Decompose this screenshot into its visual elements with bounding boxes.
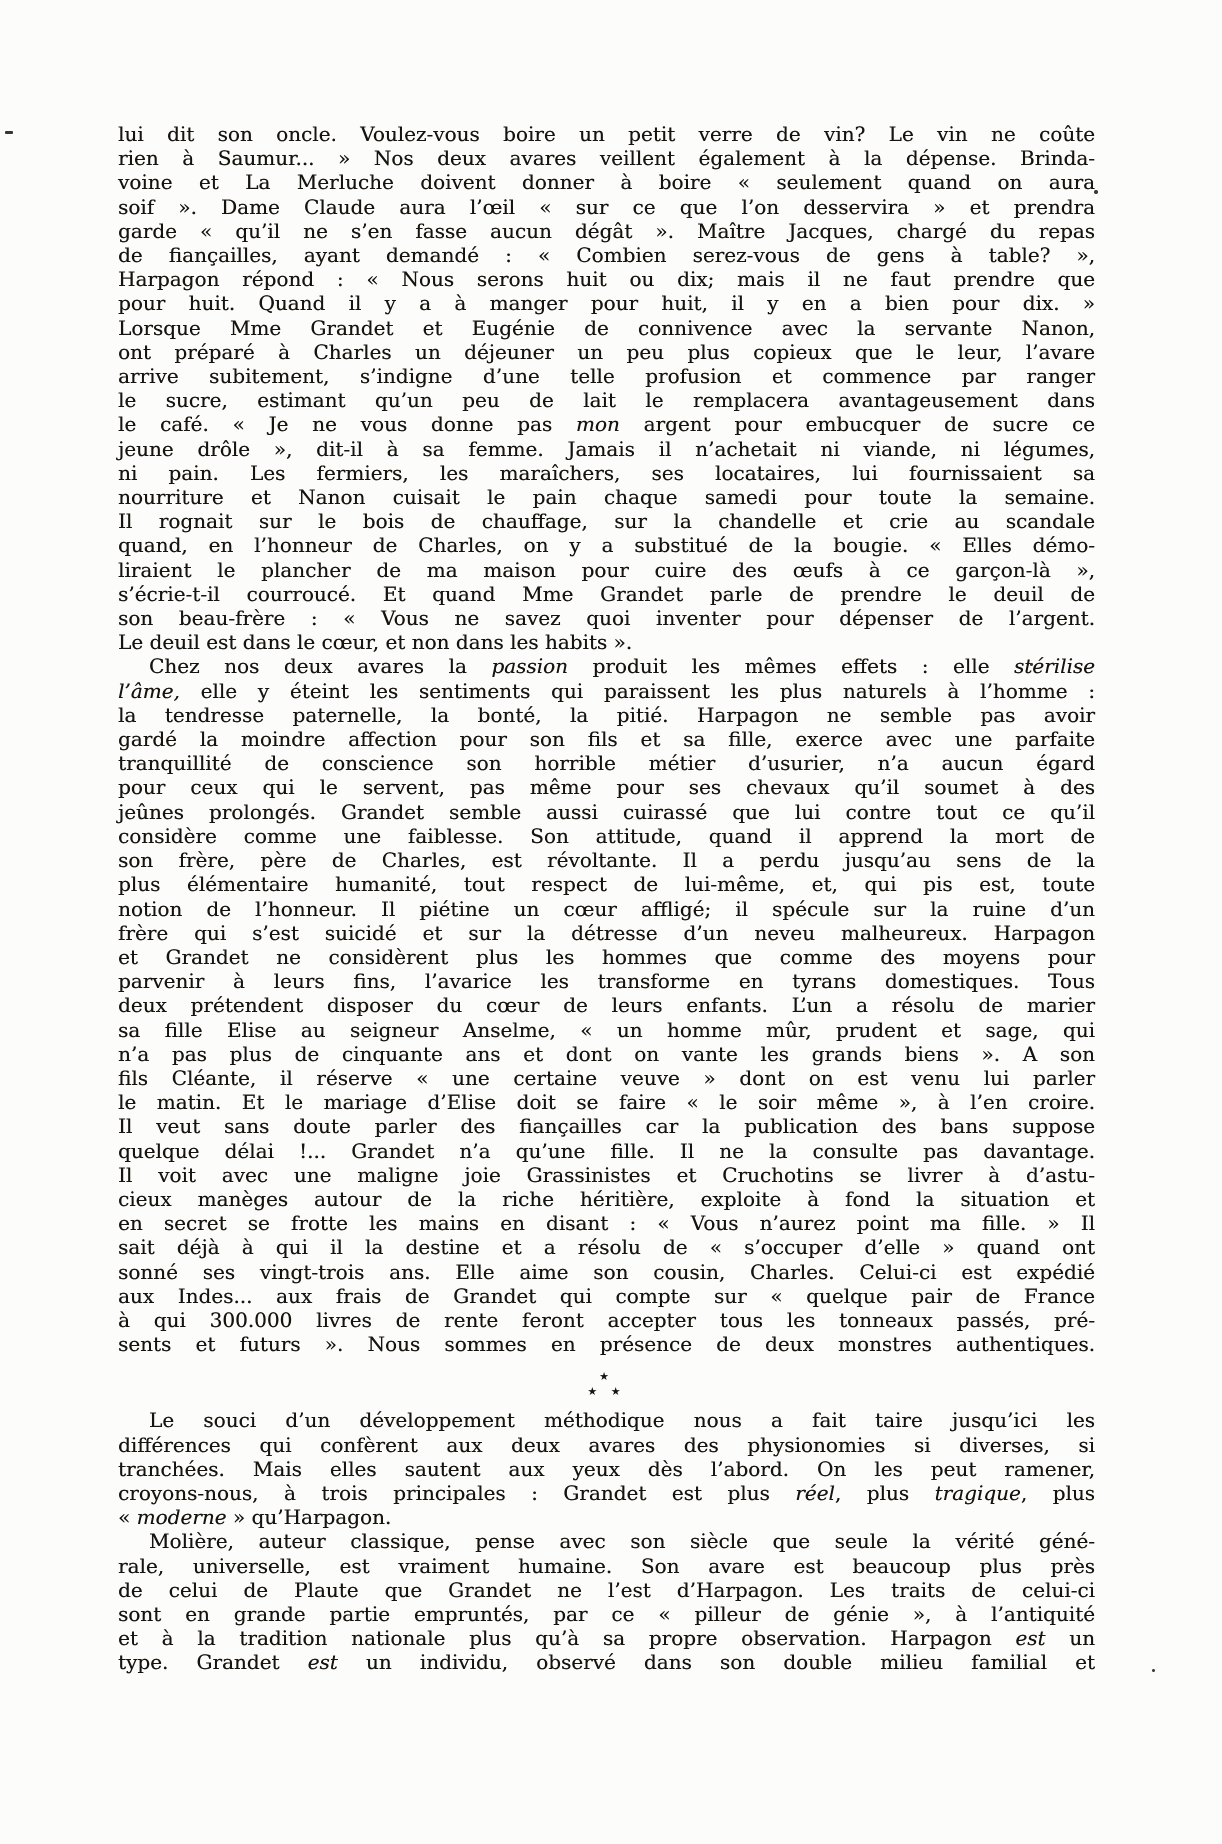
- asterism-row: ★: [118, 1369, 1095, 1384]
- text-line: Molière, auteur classique, pense avec so…: [118, 1529, 1095, 1553]
- text-line: jeune drôle », dit-il à sa femme. Jamais…: [118, 437, 1095, 461]
- text-line: quelque délai !... Grandet n’a qu’une fi…: [118, 1139, 1095, 1163]
- text-line: Lorsque Mme Grandet et Eugénie de conniv…: [118, 316, 1095, 340]
- text-line: l’âme, elle y éteint les sentiments qui …: [118, 679, 1095, 703]
- scanned-book-page: { "colors": { "paper": "#fcfcfa", "ink":…: [0, 0, 1222, 1844]
- text-line: Il veut sans doute parler des fiançaille…: [118, 1114, 1095, 1138]
- text-line: de celui de Plaute que Grandet ne l’est …: [118, 1578, 1095, 1602]
- asterism-row: ★ ★: [118, 1384, 1095, 1399]
- text-line: Il rognait sur le bois de chauffage, sur…: [118, 509, 1095, 533]
- text-line: son frère, père de Charles, est révoltan…: [118, 848, 1095, 872]
- text-line: sont en grande partie empruntés, par ce …: [118, 1602, 1095, 1626]
- text-line: fils Cléante, il réserve « une certaine …: [118, 1066, 1095, 1090]
- text-line: parvenir à leurs fins, l’avarice les tra…: [118, 969, 1095, 993]
- text-line: notion de l’honneur. Il piétine un cœur …: [118, 897, 1095, 921]
- text-line: arrive subitement, s’indigne d’une telle…: [118, 364, 1095, 388]
- text-line: ni pain. Les fermiers, les maraîchers, s…: [118, 461, 1095, 485]
- text-line: à qui 300.000 livres de rente feront acc…: [118, 1308, 1095, 1332]
- text-line: pour huit. Quand il y a à manger pour hu…: [118, 291, 1095, 315]
- text-line: cieux manèges autour de la riche héritiè…: [118, 1187, 1095, 1211]
- text-line: Chez nos deux avares la passion produit …: [118, 654, 1095, 678]
- text-line: considère comme une faiblesse. Son attit…: [118, 824, 1095, 848]
- text-line: Il voit avec une maligne joie Grassinist…: [118, 1163, 1095, 1187]
- text-line: Harpagon répond : « Nous serons huit ou …: [118, 267, 1095, 291]
- text-line: quand, en l’honneur de Charles, on y a s…: [118, 533, 1095, 557]
- text-line: tranchées. Mais elles sautent aux yeux d…: [118, 1457, 1095, 1481]
- text-line: liraient le plancher de ma maison pour c…: [118, 558, 1095, 582]
- text-line: le sucre, estimant qu’un peu de lait le …: [118, 388, 1095, 412]
- text-line: Le deuil est dans le cœur, et non dans l…: [118, 630, 1095, 654]
- text-line: gardé la moindre affection pour son fils…: [118, 727, 1095, 751]
- text-line: différences qui confèrent aux deux avare…: [118, 1433, 1095, 1457]
- text-line: n’a pas plus de cinquante ans et dont on…: [118, 1042, 1095, 1066]
- text-line: sents et futurs ». Nous sommes en présen…: [118, 1332, 1095, 1356]
- scan-speck: [1030, 663, 1033, 666]
- text-line: rale, universelle, est vraiment humaine.…: [118, 1554, 1095, 1578]
- text-line: plus élémentaire humanité, tout respect …: [118, 872, 1095, 896]
- text-line: sonné ses vingt-trois ans. Elle aime son…: [118, 1260, 1095, 1284]
- text-line: type. Grandet est un individu, observé d…: [118, 1650, 1095, 1674]
- text-line: de fiançailles, ayant demandé : « Combie…: [118, 243, 1095, 267]
- text-line: le matin. Et le mariage d’Elise doit se …: [118, 1090, 1095, 1114]
- text-line: aux Indes... aux frais de Grandet qui co…: [118, 1284, 1095, 1308]
- text-line: Le souci d’un développement méthodique n…: [118, 1408, 1095, 1432]
- text-line: pour ceux qui le servent, pas même pour …: [118, 775, 1095, 799]
- text-line: s’écrie-t-il courroucé. Et quand Mme Gra…: [118, 582, 1095, 606]
- paragraph: Le souci d’un développement méthodique n…: [118, 1408, 1095, 1529]
- text-line: deux prétendent disposer du cœur de leur…: [118, 993, 1095, 1017]
- paragraph: Molière, auteur classique, pense avec so…: [118, 1529, 1095, 1674]
- text-line: rien à Saumur... » Nos deux avares veill…: [118, 146, 1095, 170]
- text-line: sait déjà à qui il la destine et a résol…: [118, 1235, 1095, 1259]
- text-line: jeûnes prolongés. Grandet semble aussi c…: [118, 800, 1095, 824]
- scan-speck: [5, 131, 13, 134]
- scan-speck: [1094, 190, 1098, 194]
- text-line: soif ». Dame Claude aura l’œil « sur ce …: [118, 195, 1095, 219]
- asterism-separator: ★★ ★: [118, 1356, 1095, 1408]
- text-line: nourriture et Nanon cuisait le pain chaq…: [118, 485, 1095, 509]
- text-line: le café. « Je ne vous donne pas mon arge…: [118, 412, 1095, 436]
- text-line: et à la tradition nationale plus qu’à sa…: [118, 1626, 1095, 1650]
- paragraph: lui dit son oncle. Voulez-vous boire un …: [118, 122, 1095, 654]
- text-line: garde « qu’il ne s’en fasse aucun dégât …: [118, 219, 1095, 243]
- text-line: frère qui s’est suicidé et sur la détres…: [118, 921, 1095, 945]
- text-line: voine et La Merluche doivent donner à bo…: [118, 170, 1095, 194]
- text-line: ont préparé à Charles un déjeuner un peu…: [118, 340, 1095, 364]
- text-line: la tendresse paternelle, la bonté, la pi…: [118, 703, 1095, 727]
- text-line: tranquillité de conscience son horrible …: [118, 751, 1095, 775]
- text-line: lui dit son oncle. Voulez-vous boire un …: [118, 122, 1095, 146]
- text-line: son beau-frère : « Vous ne savez quoi in…: [118, 606, 1095, 630]
- text-line: « moderne » qu’Harpagon.: [118, 1505, 1095, 1529]
- text-line: en secret se frotte les mains en disant …: [118, 1211, 1095, 1235]
- text-line: et Grandet ne considèrent plus les homme…: [118, 945, 1095, 969]
- text-line: sa fille Elise au seigneur Anselme, « un…: [118, 1018, 1095, 1042]
- text-line: croyons-nous, à trois principales : Gran…: [118, 1481, 1095, 1505]
- body-text-column: lui dit son oncle. Voulez-vous boire un …: [118, 122, 1095, 1675]
- paragraph: Chez nos deux avares la passion produit …: [118, 654, 1095, 1356]
- scan-speck: [1152, 1669, 1155, 1672]
